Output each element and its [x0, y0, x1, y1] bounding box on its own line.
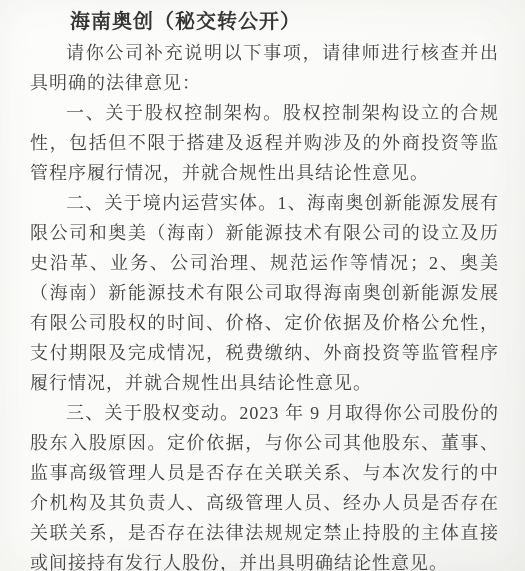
- paragraph-intro: 请你公司补充说明以下事项，请律师进行核查并出具明确的法律意见：: [30, 38, 499, 98]
- document-title: 海南奥创（秘交转公开）: [30, 6, 499, 38]
- document-page: 海南奥创（秘交转公开） 请你公司补充说明以下事项，请律师进行核查并出具明确的法律…: [0, 0, 525, 571]
- paragraph-section-three-equity-changes: 三、关于股权变动。2023 年 9 月取得你公司股份的股东入股原因。定价依据，与…: [30, 398, 499, 571]
- paragraph-section-two-domestic-operating-entities: 二、关于境内运营实体。1、海南奥创新能源发展有限公司和奥美（海南）新能源技术有限…: [30, 188, 499, 398]
- paragraph-section-one-equity-control-structure: 一、关于股权控制架构。股权控制架构设立的合规性，包括但不限于搭建及返程并购涉及的…: [30, 98, 499, 188]
